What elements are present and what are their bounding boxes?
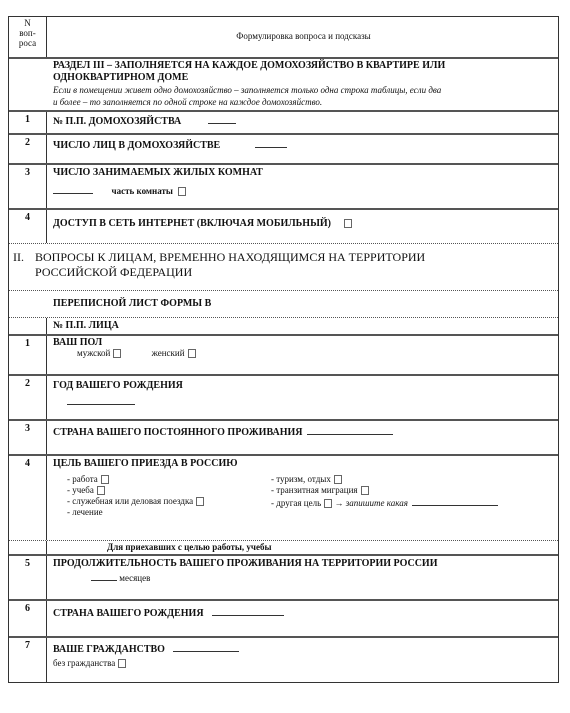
transit-checkbox[interactable]	[361, 486, 369, 495]
question-body: ГОД ВАШЕГО РОЖДЕНИЯ	[53, 380, 554, 408]
question-body: ВАШЕ ГРАЖДАНСТВО без гражданства	[53, 642, 554, 668]
question-body: ЧИСЛО ЛИЦ В ДОМОХОЗЯЙСТВЕ	[53, 138, 554, 151]
section-2-header: II. ВОПРОСЫ К ЛИЦАМ, ВРЕМЕННО НАХОДЯЩИМС…	[9, 243, 558, 290]
question-row: 3 ЧИСЛО ЗАНИМАЕМЫХ ЖИЛЫХ КОМНАТ часть ко…	[9, 163, 558, 208]
business-trip-checkbox[interactable]	[196, 497, 204, 506]
table-header: N воп- роса Формулировка вопроса и подск…	[9, 17, 558, 57]
internet-access-checkbox[interactable]	[344, 219, 352, 228]
question-body: ПРОДОЛЖИТЕЛЬНОСТЬ ВАШЕГО ПРОЖИВАНИЯ НА Т…	[53, 558, 554, 583]
question-body: ЦЕЛЬ ВАШЕГО ПРИЕЗДА В РОССИЮ - работа - …	[53, 458, 554, 469]
section-3-note: Если в помещении живет одно домохозяйств…	[53, 84, 554, 96]
question-row: 1 ВАШ ПОЛ мужской женский	[9, 334, 558, 374]
arrow-right-icon: →	[334, 498, 343, 508]
empty-cell	[9, 59, 47, 110]
section-2-title-block: II. ВОПРОСЫ К ЛИЦАМ, ВРЕМЕННО НАХОДЯЩИМС…	[13, 250, 425, 280]
question-text: ПРОДОЛЖИТЕЛЬНОСТЬ ВАШЕГО ПРОЖИВАНИЯ НА Т…	[53, 558, 554, 569]
male-checkbox[interactable]	[113, 349, 121, 358]
question-text: ВАШ ПОЛ	[53, 337, 554, 348]
section-3-header: РАЗДЕЛ III – ЗАПОЛНЯЕТСЯ НА КАЖДОЕ ДОМОХ…	[9, 57, 558, 110]
question-number: 4	[9, 210, 47, 243]
section-3-title: РАЗДЕЛ III – ЗАПОЛНЯЕТСЯ НА КАЖДОЕ ДОМОХ…	[53, 60, 554, 72]
option-label: без гражданства	[53, 658, 115, 668]
question-number: 5	[9, 556, 47, 599]
question-text: ЧИСЛО ЛИЦ В ДОМОХОЗЯЙСТВЕ	[53, 140, 220, 151]
question-number: 3	[9, 421, 47, 454]
question-number: 6	[9, 601, 47, 636]
other-purpose-field[interactable]	[412, 496, 498, 506]
question-row: 7 ВАШЕ ГРАЖДАНСТВО без гражданства	[9, 636, 558, 682]
question-body: ЧИСЛО ЗАНИМАЕМЫХ ЖИЛЫХ КОМНАТ часть комн…	[53, 167, 554, 197]
study-checkbox[interactable]	[97, 486, 105, 495]
option-label: - другая цель	[271, 498, 321, 508]
work-checkbox[interactable]	[101, 475, 109, 484]
subheader-row: Для приехавших с целью работы, учебы	[9, 540, 558, 554]
stay-duration-field[interactable]	[91, 571, 117, 581]
other-hint: запишите какая	[346, 498, 408, 508]
section-3-body: РАЗДЕЛ III – ЗАПОЛНЯЕТСЯ НА КАЖДОЕ ДОМОХ…	[53, 60, 554, 108]
option-label: - работа	[67, 474, 98, 484]
census-form-table: N воп- роса Формулировка вопроса и подск…	[8, 16, 559, 683]
option-label: - транзитная миграция	[271, 485, 358, 495]
question-text: ЧИСЛО ЗАНИМАЕМЫХ ЖИЛЫХ КОМНАТ	[53, 167, 554, 178]
option-label: мужской	[77, 348, 110, 358]
question-body: СТРАНА ВАШЕГО РОЖДЕНИЯ	[53, 606, 554, 619]
tourism-checkbox[interactable]	[334, 475, 342, 484]
question-row: 3 СТРАНА ВАШЕГО ПОСТОЯННОГО ПРОЖИВАНИЯ	[9, 419, 558, 454]
question-number: 2	[9, 376, 47, 419]
household-number-field[interactable]	[208, 114, 236, 124]
unit-label: месяцев	[119, 573, 150, 583]
question-text: ВАШЕ ГРАЖДАНСТВО	[53, 644, 165, 655]
question-text: ГОД ВАШЕГО РОЖДЕНИЯ	[53, 380, 554, 391]
question-text: ДОСТУП В СЕТЬ ИНТЕРНЕТ (ВКЛЮЧАЯ МОБИЛЬНЫ…	[53, 218, 331, 229]
option-label: женский	[152, 348, 185, 358]
citizenship-field[interactable]	[173, 642, 239, 652]
question-row: 1 № П.П. ДОМОХОЗЯЙСТВА	[9, 110, 558, 133]
empty-cell	[9, 318, 47, 334]
question-body: № П.П. ДОМОХОЗЯЙСТВА	[53, 114, 554, 127]
question-row: 2 ГОД ВАШЕГО РОЖДЕНИЯ	[9, 374, 558, 419]
birth-year-field[interactable]	[67, 395, 135, 405]
header-line: воп-	[9, 28, 46, 38]
option-label: часть комнаты	[112, 186, 173, 196]
section-2-title-cont: РОССИЙСКОЙ ФЕДЕРАЦИИ	[35, 265, 192, 279]
question-number: 1	[9, 112, 47, 133]
question-row: 4 ДОСТУП В СЕТЬ ИНТЕРНЕТ (ВКЛЮЧАЯ МОБИЛЬ…	[9, 208, 558, 243]
birth-country-field[interactable]	[212, 606, 284, 616]
option-label: - учеба	[67, 485, 94, 495]
question-number: 7	[9, 638, 47, 682]
question-body: ДОСТУП В СЕТЬ ИНТЕРНЕТ (ВКЛЮЧАЯ МОБИЛЬНЫ…	[53, 218, 554, 229]
question-body: СТРАНА ВАШЕГО ПОСТОЯННОГО ПРОЖИВАНИЯ	[53, 425, 554, 438]
stateless-checkbox[interactable]	[118, 659, 126, 668]
persons-count-field[interactable]	[255, 138, 287, 148]
other-purpose-checkbox[interactable]	[324, 499, 332, 508]
question-row: 5 ПРОДОЛЖИТЕЛЬНОСТЬ ВАШЕГО ПРОЖИВАНИЯ НА…	[9, 554, 558, 599]
question-text: СТРАНА ВАШЕГО ПОСТОЯННОГО ПРОЖИВАНИЯ	[53, 427, 302, 438]
residence-country-field[interactable]	[307, 425, 393, 435]
female-checkbox[interactable]	[188, 349, 196, 358]
option-label: - служебная или деловая поездка	[67, 496, 193, 506]
section-2-title: ВОПРОСЫ К ЛИЦАМ, ВРЕМЕННО НАХОДЯЩИМСЯ НА…	[35, 250, 425, 264]
question-number-header: N воп- роса	[9, 17, 47, 57]
question-number: 1	[9, 336, 47, 374]
question-text-header: Формулировка вопроса и подсказы	[53, 31, 554, 41]
part-of-room-checkbox[interactable]	[178, 187, 186, 196]
option-label: - лечение	[67, 507, 103, 517]
subheader-text: Для приехавших с целью работы, учебы	[107, 542, 554, 552]
form-title-row: ПЕРЕПИСНОЙ ЛИСТ ФОРМЫ В	[9, 290, 558, 317]
person-number-row: № П.П. ЛИЦА	[9, 317, 558, 334]
question-row: 2 ЧИСЛО ЛИЦ В ДОМОХОЗЯЙСТВЕ	[9, 133, 558, 163]
question-number: 2	[9, 135, 47, 163]
section-3-title-cont: ОДНОКВАРТИРНОМ ДОМЕ	[53, 72, 554, 84]
header-line: роса	[9, 38, 46, 48]
empty-cell	[9, 541, 47, 554]
question-row: 4 ЦЕЛЬ ВАШЕГО ПРИЕЗДА В РОССИЮ - работа …	[9, 454, 558, 540]
header-line: N	[9, 18, 46, 28]
rooms-count-field[interactable]	[53, 184, 93, 194]
question-text: № П.П. ДОМОХОЗЯЙСТВА	[53, 116, 181, 127]
question-text: СТРАНА ВАШЕГО РОЖДЕНИЯ	[53, 608, 204, 619]
section-3-note-cont: и более – то заполняется по одной строке…	[53, 96, 554, 108]
question-text: ЦЕЛЬ ВАШЕГО ПРИЕЗДА В РОССИЮ	[53, 458, 554, 469]
form-title: ПЕРЕПИСНОЙ ЛИСТ ФОРМЫ В	[53, 298, 554, 309]
question-number: 3	[9, 165, 47, 208]
option-label: - туризм, отдых	[271, 474, 331, 484]
question-body: ВАШ ПОЛ мужской женский	[53, 337, 554, 358]
question-number: 4	[9, 456, 47, 540]
question-row: 6 СТРАНА ВАШЕГО РОЖДЕНИЯ	[9, 599, 558, 636]
person-number-label: № П.П. ЛИЦА	[53, 320, 554, 331]
section-roman-numeral: II.	[13, 250, 24, 264]
